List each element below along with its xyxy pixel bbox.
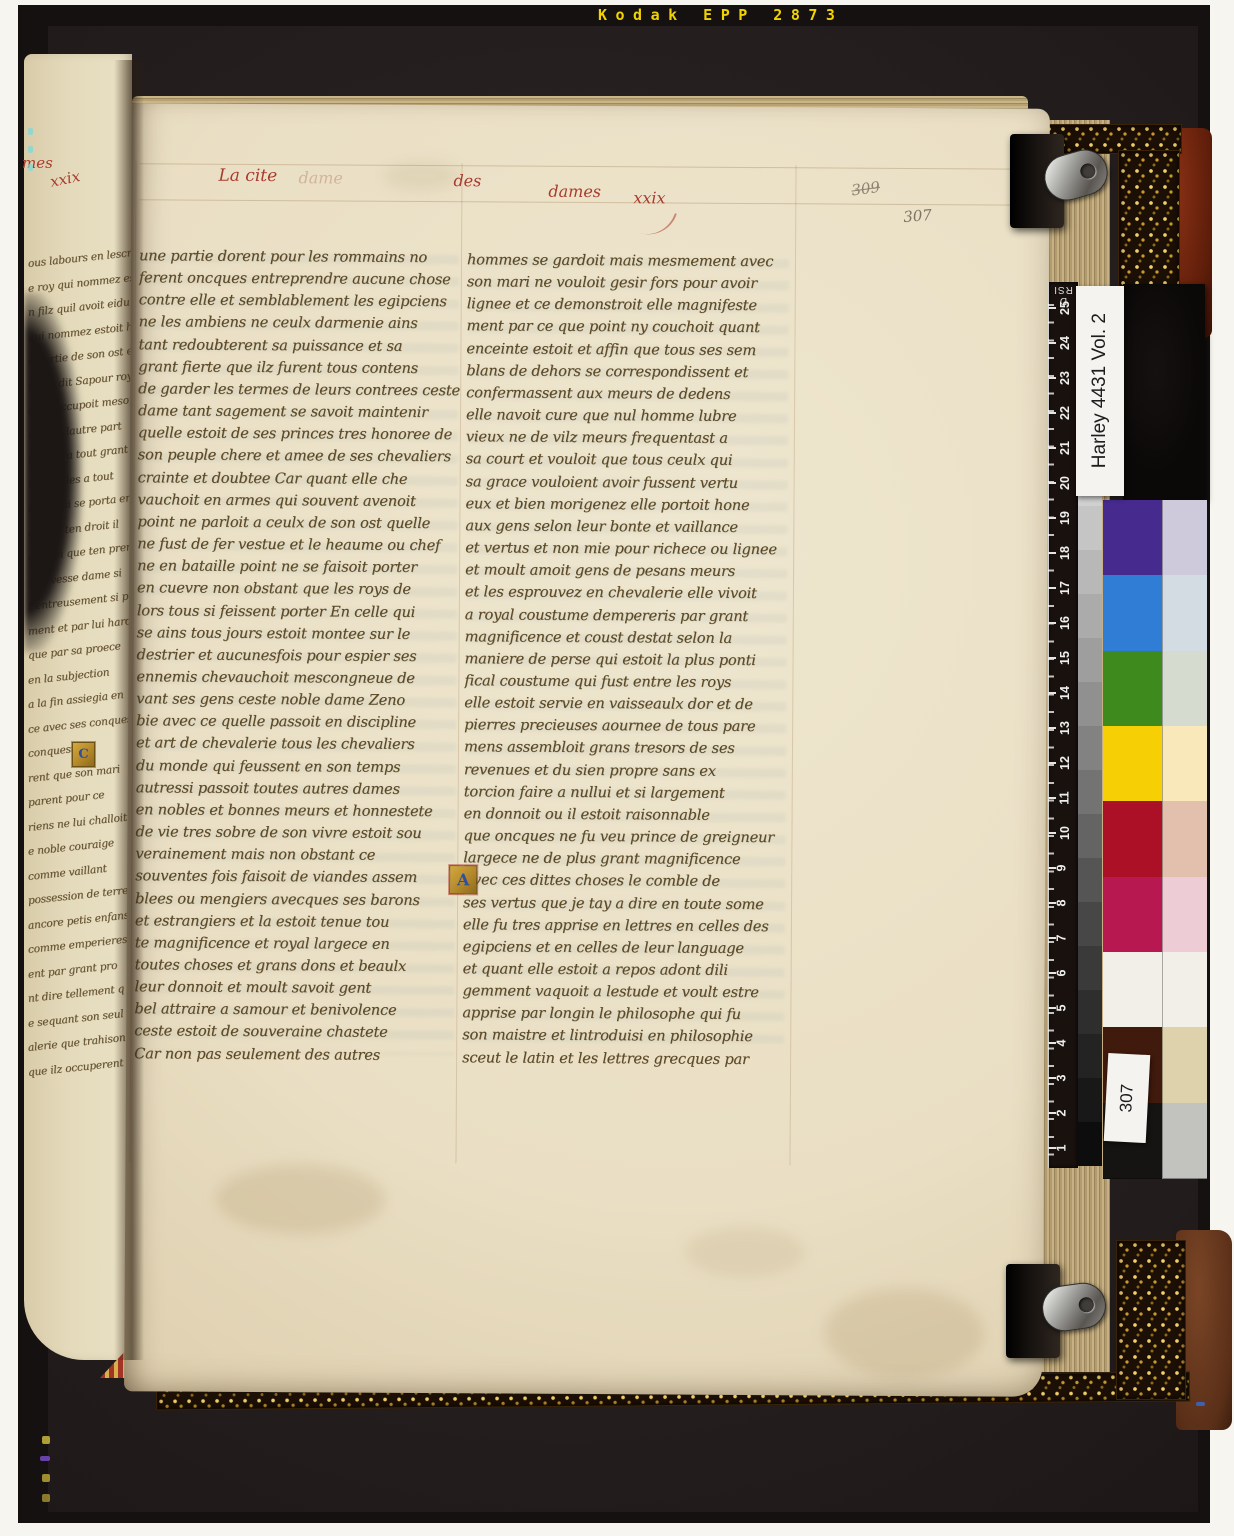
ruler-unit: 14 bbox=[1048, 687, 1078, 699]
manuscript-line: lors tous si feissent porter En celle qu… bbox=[137, 600, 463, 624]
ruler-tick bbox=[1048, 412, 1056, 414]
ruler-unit: 12 bbox=[1048, 757, 1078, 769]
color-patch-row bbox=[1103, 575, 1234, 650]
manuscript-line: enceinte estoit et affin que tous ses se… bbox=[466, 338, 796, 362]
folio-slip-label-text: 307 bbox=[1116, 1083, 1137, 1112]
manuscript-line: en cuevre non obstant que les roys de bbox=[137, 578, 463, 602]
film-edge-mark bbox=[1196, 1402, 1205, 1406]
ruler-tick bbox=[1048, 447, 1056, 449]
manuscript-line: pierres precieuses aournee de tous pare bbox=[464, 715, 794, 739]
parchment-stain bbox=[381, 161, 461, 191]
ruler-number: 5 bbox=[1054, 1005, 1068, 1012]
manuscript-line: sa grace vouloient avoir fussent vertu bbox=[466, 471, 796, 495]
ruler-tick bbox=[1048, 622, 1056, 624]
left-page-running-title-fragment: mes bbox=[22, 154, 53, 172]
ruler-unit: 23 bbox=[1048, 372, 1078, 384]
patch-yellow bbox=[1103, 726, 1162, 802]
running-title-part-1: La cite bbox=[218, 166, 277, 186]
manuscript-line: blans de dehors se correspondissent et bbox=[466, 360, 796, 384]
ruler-unit: 11 bbox=[1048, 792, 1078, 804]
gray-step bbox=[1078, 682, 1102, 726]
patch-black-tint bbox=[1162, 1103, 1207, 1179]
manuscript-photograph: Kodak EPP 2873 mes xxix ous labours en l… bbox=[0, 0, 1234, 1536]
gray-step bbox=[1078, 770, 1102, 814]
manuscript-line: ne fust de fer vestue et le heaume ou ch… bbox=[137, 533, 463, 557]
parchment-stain bbox=[824, 1287, 985, 1378]
manuscript-line: en nobles et bonnes meurs et honnestete bbox=[136, 799, 462, 823]
patch-magenta bbox=[1103, 877, 1162, 953]
gray-step bbox=[1078, 638, 1102, 682]
manuscript-line: vieux ne de vilz meurs frequentast a bbox=[466, 427, 796, 451]
ruler-tick bbox=[1048, 797, 1056, 799]
patch-purple bbox=[1103, 500, 1162, 576]
patch-blue bbox=[1103, 575, 1162, 651]
gutter-shadow bbox=[114, 60, 144, 1360]
ruler-unit: 24 bbox=[1048, 337, 1078, 349]
manuscript-line: ceste estoit de souveraine chastete bbox=[134, 1021, 460, 1045]
illuminated-initial: A bbox=[449, 865, 477, 894]
manuscript-line: et moult amoit gens de pesans meurs bbox=[465, 559, 795, 583]
ruler-number: 23 bbox=[1058, 371, 1072, 385]
patch-red bbox=[1103, 801, 1162, 877]
ruler-unit: 8 bbox=[1048, 897, 1078, 909]
parchment-stain bbox=[215, 1164, 385, 1235]
binder-clip-top bbox=[1010, 134, 1140, 244]
ruler-number: 1 bbox=[1054, 1145, 1068, 1152]
left-page-chapter-numeral: xxix bbox=[48, 167, 81, 191]
running-title-part-2: des bbox=[453, 171, 481, 190]
binder-clip-bottom bbox=[1006, 1264, 1136, 1374]
manuscript-line: sa court et vouloit que tous ceulx qui bbox=[466, 449, 796, 473]
text-column-2: hommes se gardoit mais mesmement avecson… bbox=[462, 249, 797, 1071]
gray-step bbox=[1078, 726, 1102, 770]
manuscript-line: du monde qui feussent en son temps bbox=[136, 755, 462, 779]
manuscript-line: ne en bataille point ne se faisoit porte… bbox=[137, 555, 463, 579]
manuscript-line: Avec ces dittes choses le comble de bbox=[463, 870, 793, 894]
patch-blue-tint bbox=[1162, 575, 1207, 651]
ruler-tick bbox=[1048, 552, 1056, 554]
patch-magenta-tint bbox=[1162, 877, 1207, 953]
ruler-unit: 25 bbox=[1048, 302, 1078, 314]
ruler-tick bbox=[1048, 587, 1056, 589]
ruler-unit: 19 bbox=[1048, 512, 1078, 524]
folio-slip-label: 307 bbox=[1104, 1053, 1151, 1143]
ruler-unit: 4 bbox=[1048, 1037, 1078, 1049]
ruler-number: 11 bbox=[1058, 791, 1072, 804]
ruler-number: 17 bbox=[1058, 581, 1072, 595]
patch-green-tint bbox=[1162, 651, 1207, 727]
ruler-number: 4 bbox=[1054, 1040, 1068, 1047]
manuscript-line: bie avec ce quelle passoit en discipline bbox=[136, 711, 462, 735]
ruler-tick bbox=[1048, 377, 1056, 379]
ruler-unit: 21 bbox=[1048, 442, 1078, 454]
manuscript-line: son mari ne vouloit gesir fors pour avoi… bbox=[467, 271, 797, 295]
manuscript-line: de vie tres sobre de son vivre estoit so… bbox=[135, 821, 461, 845]
film-edge-mark bbox=[28, 164, 33, 171]
manuscript-line: verainement mais non obstant ce bbox=[135, 843, 461, 867]
patch-white bbox=[1103, 952, 1162, 1028]
color-patch-row bbox=[1103, 877, 1234, 952]
folio-number: 307 bbox=[903, 206, 933, 226]
manuscript-line: ne les ambiens ne ceulx darmenie ains bbox=[139, 312, 465, 336]
color-patch-row bbox=[1103, 651, 1234, 726]
manuscript-line: vauchoit en armes qui souvent avenoit bbox=[137, 489, 463, 513]
manuscript-line: son peuple chere et amee de ses chevalie… bbox=[138, 445, 464, 469]
color-patch-row bbox=[1103, 952, 1234, 1027]
manuscript-line: aux gens selon leur bonte et vaillance bbox=[465, 515, 795, 539]
manuscript-line: gemment vaquoit a lestude et voult estre bbox=[462, 980, 792, 1004]
manuscript-line: apprise par longin le philosophe qui fu bbox=[462, 1003, 792, 1027]
manuscript-line: blees ou mengiers avecques ses barons bbox=[135, 888, 461, 912]
manuscript-line: autressi passoit toutes autres dames bbox=[136, 777, 462, 801]
ruler-number: 20 bbox=[1058, 476, 1072, 490]
patch-green bbox=[1103, 651, 1162, 727]
shelfmark-label-text: Harley 4431 Vol. 2 bbox=[1089, 313, 1111, 468]
manuscript-line: souventes fois faisoit de viandes assem bbox=[135, 866, 461, 890]
manuscript-line: en donnoit ou il estoit raisonnable bbox=[464, 803, 794, 827]
manuscript-line: bel attraire a samour et benivolence bbox=[134, 999, 460, 1023]
ruler-tick bbox=[1048, 307, 1056, 309]
manuscript-line: se ains tous jours estoit montee sur le bbox=[137, 622, 463, 646]
ruler-number: 13 bbox=[1058, 721, 1072, 735]
color-patch-row bbox=[1103, 500, 1234, 575]
text-column-1: une partie dorent pour les rommains nofe… bbox=[134, 245, 465, 1067]
manuscript-line: ennemis chevauchoit mescongneue de bbox=[136, 666, 462, 690]
manuscript-line: point ne parloit a ceulx de son ost quel… bbox=[137, 511, 463, 535]
manuscript-line: de garder les termes de leurs contrees c… bbox=[138, 378, 464, 402]
patch-purple-tint bbox=[1162, 500, 1207, 576]
manuscript-line: te magnificence et royal largece en bbox=[135, 932, 461, 956]
film-edge-mark bbox=[42, 1494, 50, 1502]
ruler-unit: 2 bbox=[1048, 1107, 1078, 1119]
ruler-unit: 18 bbox=[1048, 547, 1078, 559]
ruler-unit: 7 bbox=[1048, 932, 1078, 944]
ruler-unit: 10 bbox=[1048, 827, 1078, 839]
manuscript-line: magnificence et coust destat selon la bbox=[465, 626, 795, 650]
main-page-folio-307: La cite dame des dames xxix 309 307 une … bbox=[124, 103, 1050, 1397]
manuscript-line: son maistre et lintroduisi en philosophi… bbox=[462, 1025, 792, 1049]
chapter-numeral: xxix bbox=[633, 188, 665, 207]
manuscript-line: et estrangiers et la estoit tenue tou bbox=[135, 910, 461, 934]
manuscript-line: a royal coustume dempereris par grant bbox=[465, 604, 795, 628]
manuscript-line: et art de chevalerie tous les chevaliers bbox=[136, 733, 462, 757]
patch-brown-tint bbox=[1162, 1027, 1207, 1103]
manuscript-line: une partie dorent pour les rommains no bbox=[139, 245, 465, 269]
manuscript-line: sceut le latin et les lettres grecques p… bbox=[462, 1047, 792, 1071]
binder-clip-hole bbox=[1078, 1296, 1095, 1313]
manuscript-line: ment par ce que point ny couchoit quant bbox=[467, 316, 797, 340]
ruler-unit: 6 bbox=[1048, 967, 1078, 979]
gray-step bbox=[1078, 594, 1102, 638]
manuscript-line: largece ne de plus grant magnificence bbox=[463, 847, 793, 871]
old-folio-number: 309 bbox=[850, 178, 881, 200]
ruler-number: 8 bbox=[1054, 900, 1068, 907]
film-edge-mark bbox=[42, 1474, 50, 1482]
ruler-tick bbox=[1048, 342, 1056, 344]
gray-step bbox=[1078, 946, 1102, 990]
running-title-part-3: dames bbox=[548, 182, 601, 201]
manuscript-line: que oncques ne fu veu prince de greigneu… bbox=[463, 825, 793, 849]
ruler-number: 18 bbox=[1058, 546, 1072, 560]
ruler-tick bbox=[1048, 762, 1056, 764]
ruler-units: 2524232221201918171615141312111098765432… bbox=[1048, 302, 1078, 1154]
gray-step bbox=[1078, 506, 1102, 550]
ruler-unit: 16 bbox=[1048, 617, 1078, 629]
manuscript-line: elle estoit servie en vaisseaulx dor et … bbox=[464, 692, 794, 716]
gray-step bbox=[1078, 902, 1102, 946]
ruler-tick bbox=[1048, 727, 1056, 729]
manuscript-line: grant fierte que ilz furent tous contens bbox=[138, 356, 464, 380]
ruler-tick bbox=[1048, 482, 1056, 484]
ruler-scale: D RSI 2524232221201918171615141312111098… bbox=[1048, 282, 1078, 1168]
ruler-number: 12 bbox=[1058, 756, 1072, 770]
patch-red-tint bbox=[1162, 801, 1207, 877]
manuscript-line: fical coustume qui fust entre les roys bbox=[464, 670, 794, 694]
ruler-number: 10 bbox=[1058, 826, 1072, 840]
manuscript-line: crainte et doubtee Car quant elle che bbox=[138, 467, 464, 491]
gray-step bbox=[1078, 1122, 1102, 1166]
ruler-unit: 20 bbox=[1048, 477, 1078, 489]
ruler-number: 6 bbox=[1054, 970, 1068, 977]
film-edge-mark bbox=[28, 128, 33, 135]
ruler-tick bbox=[1048, 517, 1056, 519]
ruler-number: 19 bbox=[1058, 511, 1072, 525]
manuscript-line: lignee et ce demonstroit elle magnifeste bbox=[467, 294, 797, 318]
manuscript-line: Car non pas seulement des autres bbox=[134, 1043, 460, 1067]
manuscript-line: elle fu tres apprise en lettres en celle… bbox=[463, 914, 793, 938]
gray-step bbox=[1078, 858, 1102, 902]
ruler-unit: 17 bbox=[1048, 582, 1078, 594]
ruler-number: 14 bbox=[1058, 686, 1072, 700]
running-title-offset-ghost: dame bbox=[298, 168, 343, 187]
ruler-number: 22 bbox=[1058, 406, 1072, 420]
manuscript-line: hommes se gardoit mais mesmement avec bbox=[467, 249, 797, 273]
binder-clip-hole bbox=[1079, 162, 1098, 181]
manuscript-line: eux et bien morigenez elle portoit hone bbox=[465, 493, 795, 517]
ruler-tick bbox=[1048, 692, 1056, 694]
shelfmark-label: Harley 4431 Vol. 2 bbox=[1076, 286, 1124, 496]
manuscript-line: revenues et du sien propre sans ex bbox=[464, 759, 794, 783]
ruler-unit: 5 bbox=[1048, 1002, 1078, 1014]
ruler-number: 7 bbox=[1054, 935, 1068, 942]
ruler-number: 3 bbox=[1054, 1075, 1068, 1082]
ruler-number: 9 bbox=[1054, 865, 1068, 872]
ruler-unit: 13 bbox=[1048, 722, 1078, 734]
manuscript-line: et vertus et non mie pour richece ou lig… bbox=[465, 537, 795, 561]
manuscript-line: quelle estoit de ses princes tres honore… bbox=[138, 423, 464, 447]
film-edge-mark bbox=[28, 146, 33, 153]
ruler-tick bbox=[1048, 657, 1056, 659]
gray-step bbox=[1078, 814, 1102, 858]
color-patch-row bbox=[1103, 801, 1234, 876]
parchment-stain bbox=[685, 1227, 805, 1278]
left-page-illuminated-initial: C bbox=[72, 742, 95, 767]
ruler-number: 24 bbox=[1058, 336, 1072, 350]
ruler-number: 15 bbox=[1058, 651, 1072, 665]
manuscript-line: toutes choses et grans dons et beaulx bbox=[135, 954, 461, 978]
ruler-unit: 1 bbox=[1048, 1142, 1078, 1154]
black-velvet-patch bbox=[1123, 284, 1205, 500]
manuscript-line: mens assembloit grans tresors de ses bbox=[464, 737, 794, 761]
gray-step bbox=[1078, 550, 1102, 594]
manuscript-line: vant ses gens ceste noble dame Zeno bbox=[136, 688, 462, 712]
ruler-number: 25 bbox=[1058, 301, 1072, 315]
manuscript-line: egipciens et en celles de leur language bbox=[463, 936, 793, 960]
gray-step bbox=[1078, 1078, 1102, 1122]
ruler-unit: 15 bbox=[1048, 652, 1078, 664]
ruler-number: 2 bbox=[1054, 1110, 1068, 1117]
ruler-unit: 3 bbox=[1048, 1072, 1078, 1084]
manuscript-line: maniere de perse qui estoit la plus pont… bbox=[464, 648, 794, 672]
manuscript-line: et les esprouvez en chevalerie elle vivo… bbox=[465, 582, 795, 606]
color-patch-row bbox=[1103, 726, 1234, 801]
ruler-unit: 22 bbox=[1048, 407, 1078, 419]
film-edge-mark bbox=[42, 1436, 50, 1444]
patch-white-tint bbox=[1162, 952, 1207, 1028]
ruler-unit: 9 bbox=[1048, 862, 1078, 874]
ruler-tick bbox=[1048, 832, 1056, 834]
gray-step bbox=[1078, 1034, 1102, 1078]
manuscript-line: et quant elle estoit a repos adont dili bbox=[463, 958, 793, 982]
film-edge-mark bbox=[40, 1456, 50, 1461]
ruler-number: 21 bbox=[1058, 441, 1072, 455]
color-calibration-bar: D RSI 2524232221201918171615141312111098… bbox=[1048, 282, 1206, 1182]
manuscript-line: ses vertus que je tay a dire en toute so… bbox=[463, 892, 793, 916]
ruler-number: 16 bbox=[1058, 616, 1072, 630]
manuscript-line: confermassent aux meurs de dedens bbox=[466, 382, 796, 406]
manuscript-line: leur donnoit et moult savoit gent bbox=[134, 976, 460, 1000]
manuscript-line: dame tant sagement se savoit maintenir bbox=[138, 400, 464, 424]
gray-step bbox=[1078, 990, 1102, 1034]
manuscript-line: torcion faire a nullui et si largement bbox=[464, 781, 794, 805]
patch-yellow-tint bbox=[1162, 726, 1207, 802]
film-stock-label: Kodak EPP 2873 bbox=[598, 6, 843, 24]
manuscript-line: elle navoit cure que nul homme lubre bbox=[466, 404, 796, 428]
manuscript-line: ferent oncques entreprendre aucune chose bbox=[139, 267, 465, 291]
manuscript-line: destrier et aucunesfois pour espier ses bbox=[137, 644, 463, 668]
manuscript-line: tant redoubterent sa puissance et sa bbox=[138, 334, 464, 358]
manuscript-line: contre elle et semblablement les egipcie… bbox=[139, 290, 465, 314]
page-curl-shadow bbox=[24, 292, 82, 652]
